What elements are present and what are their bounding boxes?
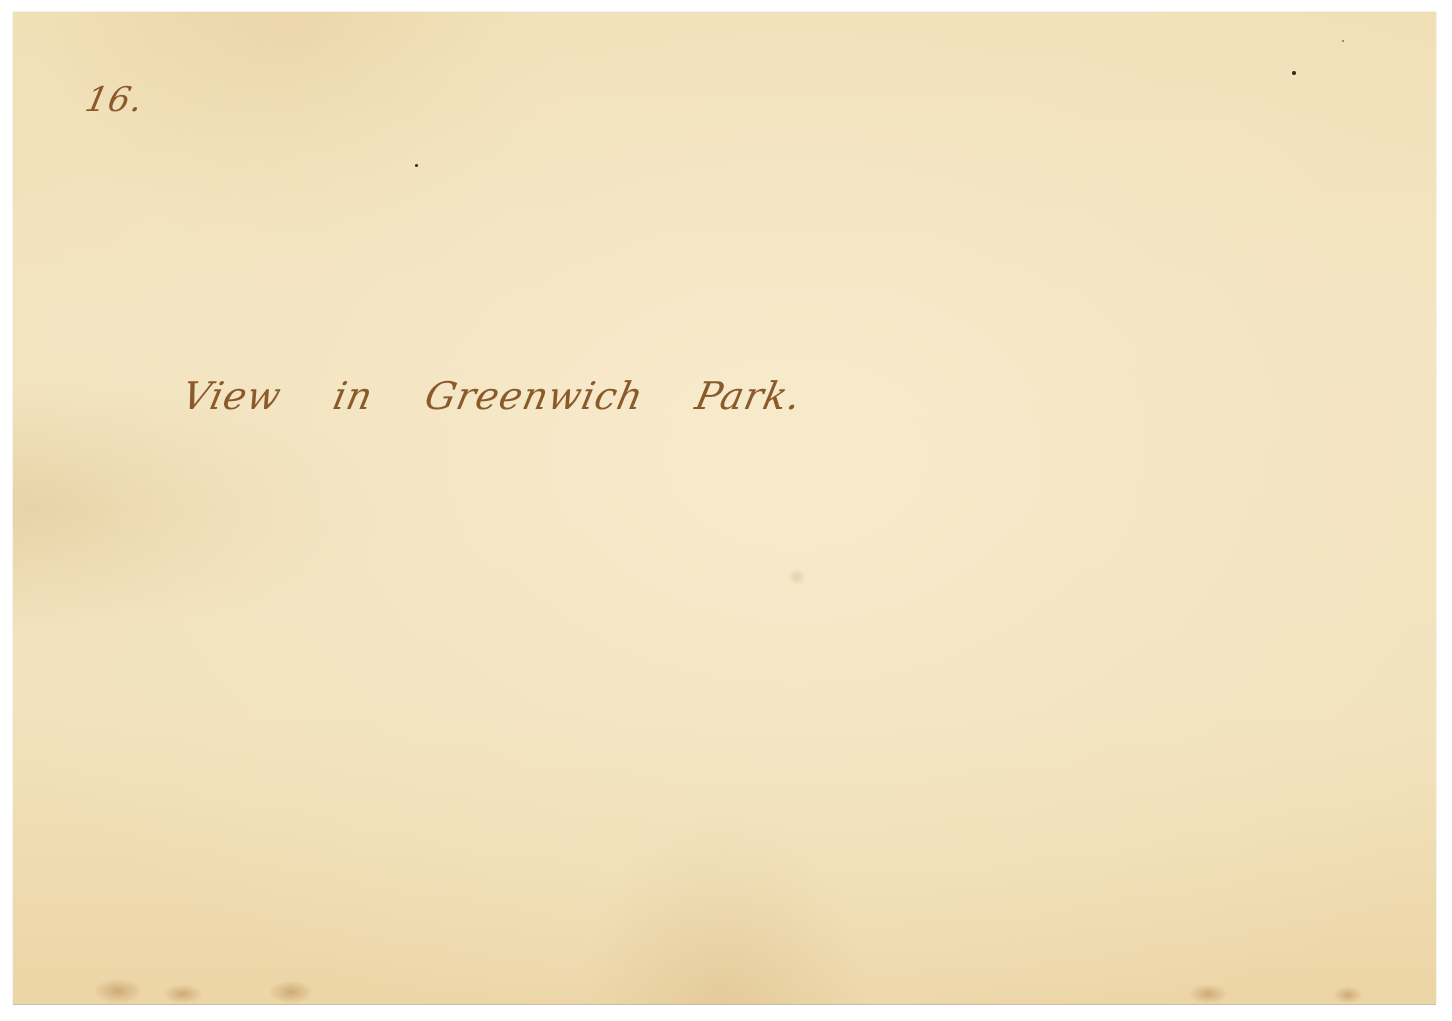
ink-speck — [1342, 40, 1344, 42]
foxing-stain — [268, 980, 314, 1004]
foxing-stain — [788, 568, 806, 586]
paper-page: 16. View in Greenwich Park. — [13, 12, 1436, 1004]
ink-speck — [1292, 71, 1296, 75]
page-number: 16. — [82, 80, 148, 120]
foxing-stain — [93, 978, 143, 1004]
foxing-stain — [1188, 984, 1228, 1004]
foxing-stain — [1333, 986, 1363, 1004]
ink-speck — [415, 164, 418, 167]
caption-text: View in Greenwich Park. — [178, 374, 805, 418]
foxing-stain — [163, 984, 203, 1004]
